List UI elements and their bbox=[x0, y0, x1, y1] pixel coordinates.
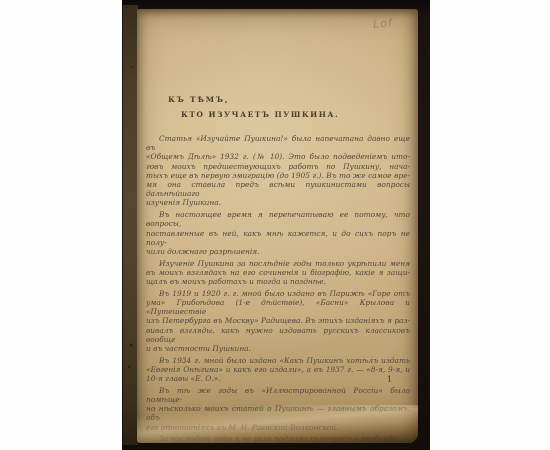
book-photograph: Lof КЪ ТѢМЪ, КТО ИЗУЧАЕТЪ ПУШКИНА. Стать… bbox=[122, 0, 430, 450]
page-title: КЪ ТѢМЪ, КТО ИЗУЧАЕТЪ ПУШКИНА. bbox=[137, 95, 418, 119]
text-line: изъ Петербурга въ Москву» Радищева. Въ э… bbox=[146, 316, 410, 325]
paragraph: Въ 1919 и 1920 г. г. мной было издано въ… bbox=[146, 289, 410, 353]
paragraph: Въ 1934 г. мной было издано «Какъ Пушкин… bbox=[146, 356, 410, 384]
paragraph: Въ настоящее время я перепечатываю ее по… bbox=[146, 210, 410, 256]
text-line: говъ моихъ предшествующихъ работъ по Пуш… bbox=[146, 162, 410, 171]
text-line: Изученіе Пушкина за послѣдніе годы тольк… bbox=[146, 259, 410, 268]
body-paragraphs: Статья «Изучайте Пушкина!» была напечата… bbox=[146, 134, 410, 446]
text-line: Въ 1919 и 1920 г. г. мной было издано въ… bbox=[146, 289, 410, 298]
page-number: 1 bbox=[387, 375, 392, 384]
text-line: вивалъ взгляды, какъ нужно издавать русс… bbox=[146, 326, 410, 344]
text-line: въ моихъ взглядахъ на его сочиненія и бі… bbox=[146, 268, 410, 277]
page-title-line2: КТО ИЗУЧАЕТЪ ПУШКИНА. bbox=[181, 110, 418, 119]
page-bottom-fold bbox=[137, 405, 418, 443]
text-line: щалъ въ моихъ работахъ и тогда и позднѣе… bbox=[146, 277, 410, 286]
paragraph: Статья «Изучайте Пушкина!» была напечата… bbox=[146, 134, 410, 208]
text-line: Въ настоящее время я перепечатываю ее по… bbox=[146, 210, 410, 228]
text-line: тыхъ еще въ первую эмиграцію (до 1905 г.… bbox=[146, 171, 410, 180]
paragraph: Изученіе Пушкина за послѣдніе годы тольк… bbox=[146, 259, 410, 287]
text-line: Статья «Изучайте Пушкина!» была напечата… bbox=[146, 134, 410, 152]
text-line: изученія Пушкина. bbox=[146, 198, 410, 207]
text-line: поставленные въ ней, какъ мнѣ кажется, и… bbox=[146, 229, 410, 247]
text-line: чили должнаго разрѣшенія. bbox=[146, 247, 410, 256]
text-line: ума» Грибоѣдова (1-е дѣйствіе), «Басни» … bbox=[146, 298, 410, 316]
text-line: мя она ставила предъ всѣми пушкинистами … bbox=[146, 180, 410, 198]
page-title-line1: КЪ ТѢМЪ, bbox=[168, 95, 418, 104]
text-line: «Общемъ Дѣлѣ» 1932 г. (№ 10). Это было п… bbox=[146, 152, 410, 161]
book-page: Lof КЪ ТѢМЪ, КТО ИЗУЧАЕТЪ ПУШКИНА. Стать… bbox=[137, 9, 418, 443]
text-line: «Евгенія Онѣгина» и какъ его издали», а … bbox=[146, 365, 410, 374]
text-line: Въ 1934 г. мной было издано «Какъ Пушкин… bbox=[146, 356, 410, 365]
book-spine-edge bbox=[123, 5, 138, 445]
text-line: Въ тѣ же годы въ «Иллюстрированной Россі… bbox=[146, 386, 410, 404]
text-line: и въ частности Пушкина. bbox=[146, 344, 410, 353]
text-line: 10-я главы «Е. О.». bbox=[146, 374, 410, 383]
pencil-inscription: Lof bbox=[372, 16, 393, 31]
book-listing-photo-frame: Lof КЪ ТѢМЪ, КТО ИЗУЧАЕТЪ ПУШКИНА. Стать… bbox=[0, 0, 550, 450]
